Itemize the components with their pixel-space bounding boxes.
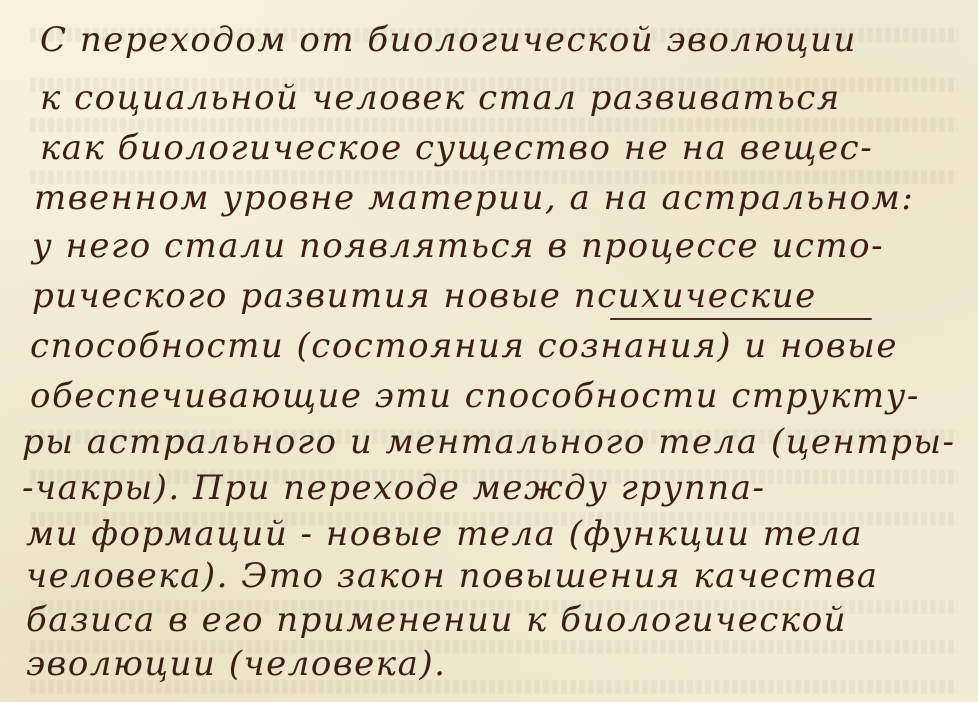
text-line-4: твенном уровне материи, а на астральном: xyxy=(34,178,914,218)
text-line-12: человека). Это закон повышения качества xyxy=(26,556,879,596)
manuscript-page: С переходом от биологической эволюции к … xyxy=(0,0,978,702)
text-line-2: к социальной человек стал развиваться xyxy=(40,78,841,118)
text-line-7: способности (состояния сознания) и новые xyxy=(30,326,898,366)
text-line-6: рического развития новые психические xyxy=(32,276,817,316)
text-line-3: как биологическое существо не на вещес- xyxy=(40,128,873,168)
underline-mark xyxy=(610,318,872,320)
text-line-5: у него стали появляться в процессе исто- xyxy=(32,226,884,266)
text-line-8: обеспечивающие эти способности структу- xyxy=(30,376,920,416)
text-line-14: эволюции (человека). xyxy=(26,644,446,684)
text-line-11: ми формаций - новые тела (функции тела xyxy=(26,514,863,554)
text-line-9: ры астрального и ментального тела (центр… xyxy=(22,422,956,462)
text-line-10: -чакры). При переходе между группа- xyxy=(22,468,765,508)
text-line-1: С переходом от биологической эволюции xyxy=(40,20,857,60)
text-line-13: базиса в его применении к биологической xyxy=(26,600,847,640)
